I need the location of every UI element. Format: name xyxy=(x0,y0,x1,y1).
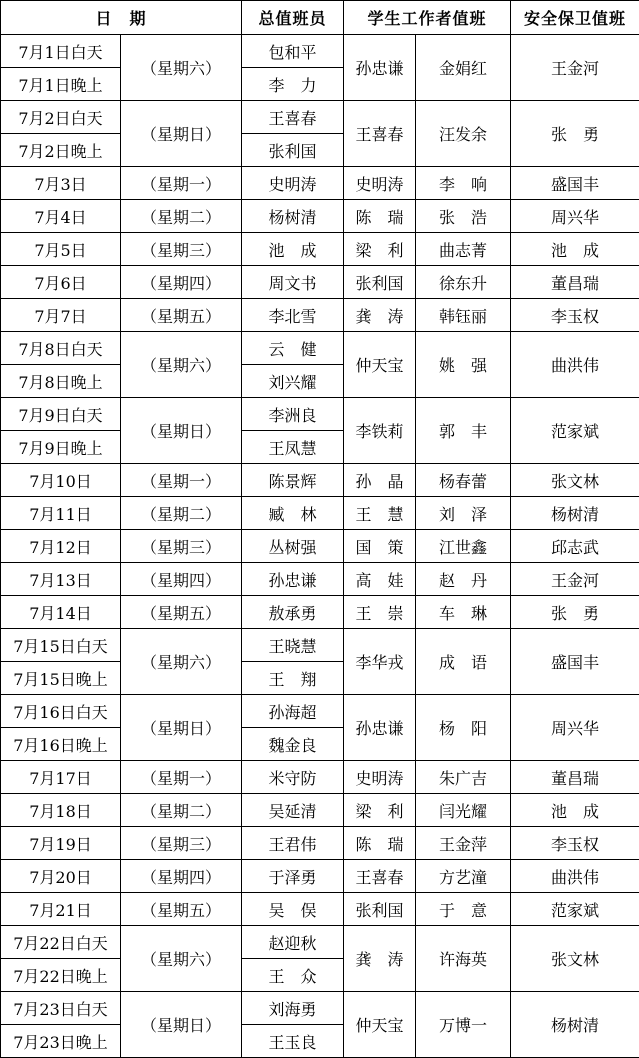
chief-cell: 米守防 xyxy=(242,761,344,794)
student2-cell: 曲志菁 xyxy=(416,233,511,266)
student2-cell: 车 琳 xyxy=(416,596,511,629)
weekday-cell: （星期日） xyxy=(121,695,242,761)
header-chief: 总值班员 xyxy=(242,1,344,35)
student2-cell: 徐东升 xyxy=(416,266,511,299)
security-cell: 张 勇 xyxy=(511,596,639,629)
roster-row: 7月23日白天（星期日）刘海勇仲天宝万博一杨树清 xyxy=(1,992,639,1025)
student2-cell: 韩钰丽 xyxy=(416,299,511,332)
weekday-cell: （星期五） xyxy=(121,893,242,926)
chief-cell: 赵迎秋 xyxy=(242,926,344,959)
student1-cell: 陈 瑞 xyxy=(344,200,416,233)
chief-cell: 池 成 xyxy=(242,233,344,266)
student2-cell: 成 语 xyxy=(416,629,511,695)
roster-row: 7月10日（星期一）陈景辉孙 晶杨春蕾张文林 xyxy=(1,464,639,497)
weekday-cell: （星期二） xyxy=(121,794,242,827)
date-cell: 7月2日晚上 xyxy=(1,134,121,167)
roster-row: 7月22日白天（星期六）赵迎秋龚 涛许海英张文林 xyxy=(1,926,639,959)
header-date: 日 期 xyxy=(1,1,242,35)
roster-row: 7月20日（星期四）于泽勇王喜春方艺潼曲洪伟 xyxy=(1,860,639,893)
student1-cell: 王喜春 xyxy=(344,860,416,893)
student1-cell: 陈 瑞 xyxy=(344,827,416,860)
date-cell: 7月15日晚上 xyxy=(1,662,121,695)
student1-cell: 梁 利 xyxy=(344,794,416,827)
student2-cell: 于 意 xyxy=(416,893,511,926)
student2-cell: 许海英 xyxy=(416,926,511,992)
security-cell: 张文林 xyxy=(511,926,639,992)
security-cell: 王金河 xyxy=(511,563,639,596)
date-cell: 7月23日白天 xyxy=(1,992,121,1025)
chief-cell: 敖承勇 xyxy=(242,596,344,629)
security-cell: 董昌瑞 xyxy=(511,266,639,299)
roster-row: 7月9日白天（星期日）李洲良李铁莉郭 丰范家斌 xyxy=(1,398,639,431)
weekday-cell: （星期四） xyxy=(121,563,242,596)
chief-cell: 魏金良 xyxy=(242,728,344,761)
student2-cell: 万博一 xyxy=(416,992,511,1058)
roster-row: 7月19日（星期三）王君伟陈 瑞王金萍李玉权 xyxy=(1,827,639,860)
student2-cell: 方艺潼 xyxy=(416,860,511,893)
security-cell: 周兴华 xyxy=(511,200,639,233)
student2-cell: 王金萍 xyxy=(416,827,511,860)
student2-cell: 汪发余 xyxy=(416,101,511,167)
roster-header-row: 日 期 总值班员 学生工作者值班 安全保卫值班 xyxy=(1,1,639,35)
student1-cell: 国 策 xyxy=(344,530,416,563)
security-cell: 李玉权 xyxy=(511,299,639,332)
weekday-cell: （星期三） xyxy=(121,530,242,563)
student1-cell: 龚 涛 xyxy=(344,926,416,992)
date-cell: 7月17日 xyxy=(1,761,121,794)
roster-row: 7月6日（星期四）周文书张利国徐东升董昌瑞 xyxy=(1,266,639,299)
date-cell: 7月18日 xyxy=(1,794,121,827)
chief-cell: 云 健 xyxy=(242,332,344,365)
student1-cell: 龚 涛 xyxy=(344,299,416,332)
weekday-cell: （星期一） xyxy=(121,167,242,200)
date-cell: 7月12日 xyxy=(1,530,121,563)
chief-cell: 史明涛 xyxy=(242,167,344,200)
date-cell: 7月21日 xyxy=(1,893,121,926)
student2-cell: 郭 丰 xyxy=(416,398,511,464)
security-cell: 周兴华 xyxy=(511,695,639,761)
security-cell: 范家斌 xyxy=(511,893,639,926)
date-cell: 7月15日白天 xyxy=(1,629,121,662)
chief-cell: 王君伟 xyxy=(242,827,344,860)
weekday-cell: （星期四） xyxy=(121,266,242,299)
roster-row: 7月7日（星期五）李北雪龚 涛韩钰丽李玉权 xyxy=(1,299,639,332)
student1-cell: 张利国 xyxy=(344,266,416,299)
date-cell: 7月5日 xyxy=(1,233,121,266)
weekday-cell: （星期三） xyxy=(121,233,242,266)
date-cell: 7月2日白天 xyxy=(1,101,121,134)
roster-row: 7月5日（星期三）池 成梁 利曲志菁池 成 xyxy=(1,233,639,266)
chief-cell: 王晓慧 xyxy=(242,629,344,662)
student1-cell: 史明涛 xyxy=(344,761,416,794)
chief-cell: 陈景辉 xyxy=(242,464,344,497)
weekday-cell: （星期四） xyxy=(121,860,242,893)
date-cell: 7月3日 xyxy=(1,167,121,200)
date-cell: 7月10日 xyxy=(1,464,121,497)
student2-cell: 姚 强 xyxy=(416,332,511,398)
roster-row: 7月8日白天（星期六）云 健仲天宝姚 强曲洪伟 xyxy=(1,332,639,365)
chief-cell: 孙忠谦 xyxy=(242,563,344,596)
weekday-cell: （星期五） xyxy=(121,299,242,332)
student1-cell: 王 慧 xyxy=(344,497,416,530)
date-cell: 7月16日晚上 xyxy=(1,728,121,761)
weekday-cell: （星期六） xyxy=(121,332,242,398)
security-cell: 杨树清 xyxy=(511,497,639,530)
student2-cell: 朱广吉 xyxy=(416,761,511,794)
security-cell: 李玉权 xyxy=(511,827,639,860)
student1-cell: 孙忠谦 xyxy=(344,695,416,761)
date-cell: 7月23日晚上 xyxy=(1,1025,121,1058)
weekday-cell: （星期日） xyxy=(121,101,242,167)
roster-row: 7月14日（星期五）敖承勇王 崇车 琳张 勇 xyxy=(1,596,639,629)
security-cell: 范家斌 xyxy=(511,398,639,464)
date-cell: 7月1日白天 xyxy=(1,35,121,68)
weekday-cell: （星期三） xyxy=(121,827,242,860)
student1-cell: 仲天宝 xyxy=(344,332,416,398)
student2-cell: 江世鑫 xyxy=(416,530,511,563)
date-cell: 7月8日白天 xyxy=(1,332,121,365)
weekday-cell: （星期二） xyxy=(121,497,242,530)
chief-cell: 于泽勇 xyxy=(242,860,344,893)
student1-cell: 史明涛 xyxy=(344,167,416,200)
roster-header: 日 期 总值班员 学生工作者值班 安全保卫值班 xyxy=(1,1,639,35)
chief-cell: 张利国 xyxy=(242,134,344,167)
chief-cell: 王 翔 xyxy=(242,662,344,695)
roster-row: 7月12日（星期三）丛树强国 策江世鑫邱志武 xyxy=(1,530,639,563)
date-cell: 7月13日 xyxy=(1,563,121,596)
date-cell: 7月4日 xyxy=(1,200,121,233)
weekday-cell: （星期日） xyxy=(121,992,242,1058)
security-cell: 张 勇 xyxy=(511,101,639,167)
chief-cell: 周文书 xyxy=(242,266,344,299)
chief-cell: 李 力 xyxy=(242,68,344,101)
date-cell: 7月16日白天 xyxy=(1,695,121,728)
date-cell: 7月11日 xyxy=(1,497,121,530)
chief-cell: 王喜春 xyxy=(242,101,344,134)
student2-cell: 杨春蕾 xyxy=(416,464,511,497)
roster-row: 7月11日（星期二）臧 林王 慧刘 泽杨树清 xyxy=(1,497,639,530)
roster-row: 7月18日（星期二）吴延清梁 利闫光耀池 成 xyxy=(1,794,639,827)
date-cell: 7月14日 xyxy=(1,596,121,629)
weekday-cell: （星期六） xyxy=(121,629,242,695)
weekday-cell: （星期六） xyxy=(121,35,242,101)
weekday-cell: （星期二） xyxy=(121,200,242,233)
roster-row: 7月2日白天（星期日）王喜春王喜春汪发余张 勇 xyxy=(1,101,639,134)
date-cell: 7月1日晚上 xyxy=(1,68,121,101)
date-cell: 7月20日 xyxy=(1,860,121,893)
student1-cell: 李华戎 xyxy=(344,629,416,695)
date-cell: 7月9日白天 xyxy=(1,398,121,431)
header-security: 安全保卫值班 xyxy=(511,1,639,35)
chief-cell: 孙海超 xyxy=(242,695,344,728)
header-student: 学生工作者值班 xyxy=(344,1,511,35)
student2-cell: 张 浩 xyxy=(416,200,511,233)
roster-row: 7月15日白天（星期六）王晓慧李华戎成 语盛国丰 xyxy=(1,629,639,662)
security-cell: 池 成 xyxy=(511,794,639,827)
date-cell: 7月22日白天 xyxy=(1,926,121,959)
student1-cell: 高 娃 xyxy=(344,563,416,596)
weekday-cell: （星期五） xyxy=(121,596,242,629)
date-cell: 7月6日 xyxy=(1,266,121,299)
student1-cell: 仲天宝 xyxy=(344,992,416,1058)
security-cell: 杨树清 xyxy=(511,992,639,1058)
student2-cell: 杨 阳 xyxy=(416,695,511,761)
roster-row: 7月17日（星期一）米守防史明涛朱广吉董昌瑞 xyxy=(1,761,639,794)
roster-row: 7月1日白天（星期六）包和平孙忠谦金娟红王金河 xyxy=(1,35,639,68)
student2-cell: 刘 泽 xyxy=(416,497,511,530)
chief-cell: 杨树清 xyxy=(242,200,344,233)
chief-cell: 李洲良 xyxy=(242,398,344,431)
roster-row: 7月16日白天（星期日）孙海超孙忠谦杨 阳周兴华 xyxy=(1,695,639,728)
roster-body: 7月1日白天（星期六）包和平孙忠谦金娟红王金河7月1日晚上李 力7月2日白天（星… xyxy=(1,35,639,1058)
chief-cell: 刘海勇 xyxy=(242,992,344,1025)
weekday-cell: （星期一） xyxy=(121,761,242,794)
security-cell: 张文林 xyxy=(511,464,639,497)
weekday-cell: （星期日） xyxy=(121,398,242,464)
chief-cell: 臧 林 xyxy=(242,497,344,530)
security-cell: 池 成 xyxy=(511,233,639,266)
student1-cell: 李铁莉 xyxy=(344,398,416,464)
student1-cell: 张利国 xyxy=(344,893,416,926)
roster-row: 7月4日（星期二）杨树清陈 瑞张 浩周兴华 xyxy=(1,200,639,233)
roster-row: 7月3日（星期一）史明涛史明涛李 响盛国丰 xyxy=(1,167,639,200)
chief-cell: 刘兴耀 xyxy=(242,365,344,398)
chief-cell: 丛树强 xyxy=(242,530,344,563)
date-cell: 7月22日晚上 xyxy=(1,959,121,992)
chief-cell: 王凤慧 xyxy=(242,431,344,464)
security-cell: 盛国丰 xyxy=(511,167,639,200)
student1-cell: 孙 晶 xyxy=(344,464,416,497)
security-cell: 盛国丰 xyxy=(511,629,639,695)
security-cell: 曲洪伟 xyxy=(511,332,639,398)
security-cell: 曲洪伟 xyxy=(511,860,639,893)
duty-roster-table: 日 期 总值班员 学生工作者值班 安全保卫值班 7月1日白天（星期六）包和平孙忠… xyxy=(0,0,639,1058)
roster-row: 7月21日（星期五）吴 俣张利国于 意范家斌 xyxy=(1,893,639,926)
chief-cell: 李北雪 xyxy=(242,299,344,332)
chief-cell: 王玉良 xyxy=(242,1025,344,1058)
chief-cell: 吴延清 xyxy=(242,794,344,827)
student1-cell: 王喜春 xyxy=(344,101,416,167)
chief-cell: 王 众 xyxy=(242,959,344,992)
roster-row: 7月13日（星期四）孙忠谦高 娃赵 丹王金河 xyxy=(1,563,639,596)
student2-cell: 赵 丹 xyxy=(416,563,511,596)
student2-cell: 李 响 xyxy=(416,167,511,200)
student1-cell: 王 崇 xyxy=(344,596,416,629)
student1-cell: 孙忠谦 xyxy=(344,35,416,101)
chief-cell: 吴 俣 xyxy=(242,893,344,926)
chief-cell: 包和平 xyxy=(242,35,344,68)
security-cell: 邱志武 xyxy=(511,530,639,563)
security-cell: 王金河 xyxy=(511,35,639,101)
weekday-cell: （星期一） xyxy=(121,464,242,497)
security-cell: 董昌瑞 xyxy=(511,761,639,794)
date-cell: 7月8日晚上 xyxy=(1,365,121,398)
student1-cell: 梁 利 xyxy=(344,233,416,266)
date-cell: 7月7日 xyxy=(1,299,121,332)
date-cell: 7月19日 xyxy=(1,827,121,860)
student2-cell: 金娟红 xyxy=(416,35,511,101)
weekday-cell: （星期六） xyxy=(121,926,242,992)
student2-cell: 闫光耀 xyxy=(416,794,511,827)
date-cell: 7月9日晚上 xyxy=(1,431,121,464)
